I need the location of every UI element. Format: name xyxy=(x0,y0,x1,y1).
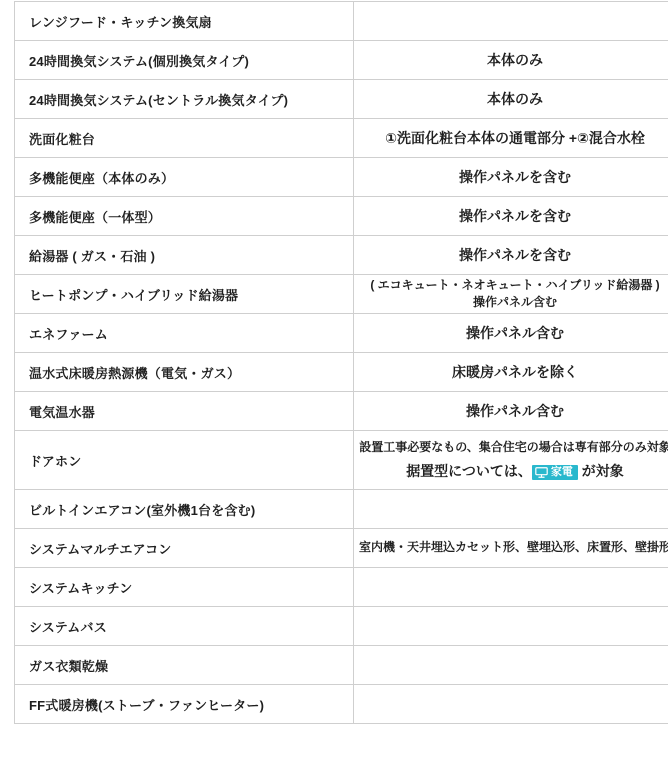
appliance-coverage-table: レンジフード・キッチン換気扇24時間換気システム(個別換気タイプ)本体のみ24時… xyxy=(14,1,668,724)
note-cell xyxy=(354,685,668,724)
note-line: 本体のみ xyxy=(356,50,668,70)
item-cell: 洗面化粧台 xyxy=(15,119,354,158)
note-cell: 操作パネル含む xyxy=(354,392,668,431)
note-line: 操作パネル含む xyxy=(356,323,668,343)
item-cell: 温水式床暖房熱源機（電気・ガス） xyxy=(15,353,354,392)
note-cell: 本体のみ xyxy=(354,80,668,119)
table-row: 24時間換気システム(個別換気タイプ)本体のみ xyxy=(15,41,668,80)
table-row: ガス衣類乾燥 xyxy=(15,646,668,685)
note-line: 操作パネル含む xyxy=(356,294,668,311)
note-cell: 操作パネルを含む xyxy=(354,197,668,236)
table-row: 24時間換気システム(セントラル換気タイプ)本体のみ xyxy=(15,80,668,119)
item-cell: FF式暖房機(ストーブ・ファンヒーター) xyxy=(15,685,354,724)
note-cell xyxy=(354,490,668,529)
note-cell: 床暖房パネルを除く xyxy=(354,353,668,392)
note-line: 設置工事必要なもの、集合住宅の場合は専有部分のみ対象 xyxy=(356,439,668,456)
table-row: 多機能便座（一体型）操作パネルを含む xyxy=(15,197,668,236)
table-row: FF式暖房機(ストーブ・ファンヒーター) xyxy=(15,685,668,724)
item-cell: 電気温水器 xyxy=(15,392,354,431)
note-text: が対象 xyxy=(578,463,624,479)
item-cell: システムキッチン xyxy=(15,568,354,607)
table-row: 洗面化粧台①洗面化粧台本体の通電部分 +②混合水栓 xyxy=(15,119,668,158)
item-cell: 24時間換気システム(セントラル換気タイプ) xyxy=(15,80,354,119)
item-cell: ドアホン xyxy=(15,431,354,490)
monitor-icon xyxy=(535,467,548,478)
note-cell: 室内機・天井埋込カセット形、壁埋込形、床置形、壁掛形 xyxy=(354,529,668,568)
kaden-badge-label: 家電 xyxy=(551,467,573,478)
note-cell: 操作パネル含む xyxy=(354,314,668,353)
note-line: 操作パネル含む xyxy=(356,401,668,421)
note-line: 操作パネルを含む xyxy=(356,206,668,226)
note-cell: 本体のみ xyxy=(354,41,668,80)
item-cell: 多機能便座（一体型） xyxy=(15,197,354,236)
item-cell: ビルトインエアコン(室外機1台を含む) xyxy=(15,490,354,529)
note-text: 据置型については、 xyxy=(406,463,532,479)
page: レンジフード・キッチン換気扇24時間換気システム(個別換気タイプ)本体のみ24時… xyxy=(0,0,668,758)
coverage-table: レンジフード・キッチン換気扇24時間換気システム(個別換気タイプ)本体のみ24時… xyxy=(14,1,668,724)
table-row: 電気温水器操作パネル含む xyxy=(15,392,668,431)
note-cell: 操作パネルを含む xyxy=(354,158,668,197)
table-row: 多機能便座（本体のみ）操作パネルを含む xyxy=(15,158,668,197)
item-cell: ガス衣類乾燥 xyxy=(15,646,354,685)
table-row: システムバス xyxy=(15,607,668,646)
note-cell: 操作パネルを含む xyxy=(354,236,668,275)
kaden-badge: 家電 xyxy=(532,465,578,480)
note-cell xyxy=(354,2,668,41)
item-cell: 多機能便座（本体のみ） xyxy=(15,158,354,197)
note-line: 操作パネルを含む xyxy=(356,167,668,187)
item-cell: レンジフード・キッチン換気扇 xyxy=(15,2,354,41)
table-row: ヒートポンプ・ハイブリッド給湯器( エコキュート・ネオキュート・ハイブリッド給湯… xyxy=(15,275,668,314)
item-cell: エネファーム xyxy=(15,314,354,353)
table-row: システムキッチン xyxy=(15,568,668,607)
table-row: ビルトインエアコン(室外機1台を含む) xyxy=(15,490,668,529)
table-row: 温水式床暖房熱源機（電気・ガス）床暖房パネルを除く xyxy=(15,353,668,392)
note-line: 操作パネルを含む xyxy=(356,245,668,265)
table-row: システムマルチエアコン室内機・天井埋込カセット形、壁埋込形、床置形、壁掛形 xyxy=(15,529,668,568)
item-cell: システムバス xyxy=(15,607,354,646)
table-row: 給湯器 ( ガス・石油 )操作パネルを含む xyxy=(15,236,668,275)
note-cell: ( エコキュート・ネオキュート・ハイブリッド給湯器 )操作パネル含む xyxy=(354,275,668,314)
note-cell xyxy=(354,646,668,685)
table-row: ドアホン設置工事必要なもの、集合住宅の場合は専有部分のみ対象据置型については、家… xyxy=(15,431,668,490)
table-row: レンジフード・キッチン換気扇 xyxy=(15,2,668,41)
note-line: ( エコキュート・ネオキュート・ハイブリッド給湯器 ) xyxy=(356,277,668,294)
note-line: 室内機・天井埋込カセット形、壁埋込形、床置形、壁掛形 xyxy=(356,539,668,556)
item-cell: システムマルチエアコン xyxy=(15,529,354,568)
note-cell: ①洗面化粧台本体の通電部分 +②混合水栓 xyxy=(354,119,668,158)
table-row: エネファーム操作パネル含む xyxy=(15,314,668,353)
note-line: 本体のみ xyxy=(356,89,668,109)
note-line: 床暖房パネルを除く xyxy=(356,362,668,382)
item-cell: ヒートポンプ・ハイブリッド給湯器 xyxy=(15,275,354,314)
item-cell: 給湯器 ( ガス・石油 ) xyxy=(15,236,354,275)
note-cell xyxy=(354,568,668,607)
note-line: ①洗面化粧台本体の通電部分 +②混合水栓 xyxy=(356,128,668,148)
item-cell: 24時間換気システム(個別換気タイプ) xyxy=(15,41,354,80)
note-line: 据置型については、家電 が対象 xyxy=(356,461,668,481)
note-cell: 設置工事必要なもの、集合住宅の場合は専有部分のみ対象据置型については、家電 が対… xyxy=(354,431,668,490)
note-cell xyxy=(354,607,668,646)
